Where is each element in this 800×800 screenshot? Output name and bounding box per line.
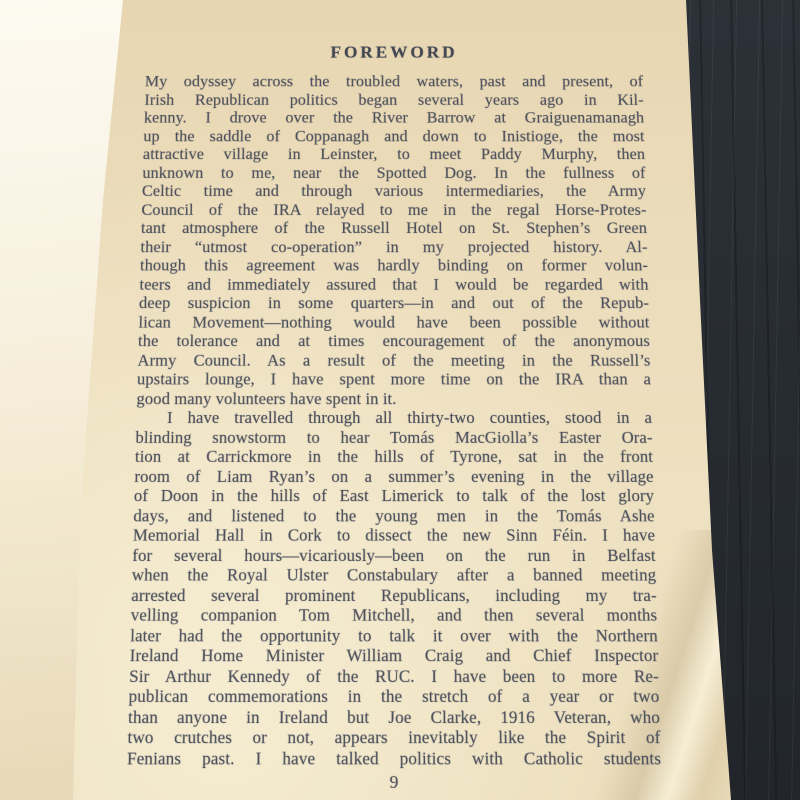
text-line: Sir Arthur Kennedy of the RUC. I have be…	[129, 666, 659, 686]
text-line: when the Royal Ulster Constabulary after…	[132, 565, 657, 585]
text-line: Memorial Hall in Cork to dissect the new…	[133, 525, 656, 545]
text-line: Celtic time and through various intermed…	[142, 182, 646, 200]
text-line: My odyssey across the troubled waters, p…	[145, 72, 644, 90]
text-line: publican commemorations in the stretch o…	[128, 686, 659, 706]
text-line: I have travelled through all thirty-two …	[136, 408, 652, 427]
text-line: the tolerance and at times encouragement…	[138, 331, 650, 350]
text-line: tant atmosphere of the Russell Hotel on …	[141, 219, 647, 238]
paragraph: I have travelled through all thirty-two …	[127, 408, 662, 769]
paragraph: My odyssey across the troubled waters, p…	[136, 72, 651, 408]
text-line: of Doon in the hills of East Limerick to…	[134, 486, 655, 506]
text-line: up the saddle of Coppanagh and down to I…	[143, 127, 645, 145]
text-line: for several hours—vicariously—been on th…	[132, 545, 656, 565]
photo-background: FOREWORD My odyssey across the troubled …	[0, 0, 800, 800]
text-line: Fenians past. I have talked politics wit…	[127, 748, 662, 769]
text-line: tion at Carrickmore in the hills of Tyro…	[135, 447, 654, 467]
text-line: attractive village in Leinster, to meet …	[143, 145, 646, 163]
text-block: FOREWORD My odyssey across the troubled …	[126, 42, 662, 793]
text-line: room of Liam Ryan’s on a summer’s evenin…	[134, 466, 654, 486]
text-line: deep suspicion in some quarters—in and o…	[139, 294, 649, 313]
page-number: 9	[126, 772, 662, 793]
text-line: Irish Republican politics began several …	[144, 90, 644, 108]
text-line: than anyone in Ireland but Joe Clarke, 1…	[128, 707, 660, 728]
text-line: Council of the IRA relayed to me in the …	[141, 200, 646, 219]
text-line: days, and listened to the young men in t…	[133, 506, 655, 526]
text-line: later had the opportunity to talk it ove…	[130, 625, 658, 645]
text-line: Ireland Home Minister William Craig and …	[129, 645, 658, 665]
text-line: lican Movement—nothing would have been p…	[138, 312, 649, 331]
foreword-heading: FOREWORD	[145, 42, 642, 62]
text-line: teers and immediately assured that I wou…	[139, 275, 648, 294]
text-line: arrested several prominent Republicans, …	[131, 585, 657, 605]
text-line: upstairs lounge, I have spent more time …	[137, 370, 651, 389]
text-line: two crutches or not, appears inevitably …	[127, 727, 660, 748]
text-line: though this agreement was hardly binding…	[140, 256, 648, 275]
text-line: kenny. I drove over the River Barrow at …	[144, 109, 645, 127]
text-line: unknown to me, near the Spotted Dog. In …	[142, 163, 646, 181]
text-line: Army Council. As a result of the meeting…	[137, 350, 650, 369]
text-line: good many volunteers have spent in it.	[136, 389, 651, 408]
text-line: blinding snowstorm to hear Tomás MacGiol…	[135, 427, 653, 446]
text-line: velling companion Tom Mitchell, and then…	[131, 605, 658, 625]
text-line: their “utmost co-operation” in my projec…	[140, 237, 647, 256]
